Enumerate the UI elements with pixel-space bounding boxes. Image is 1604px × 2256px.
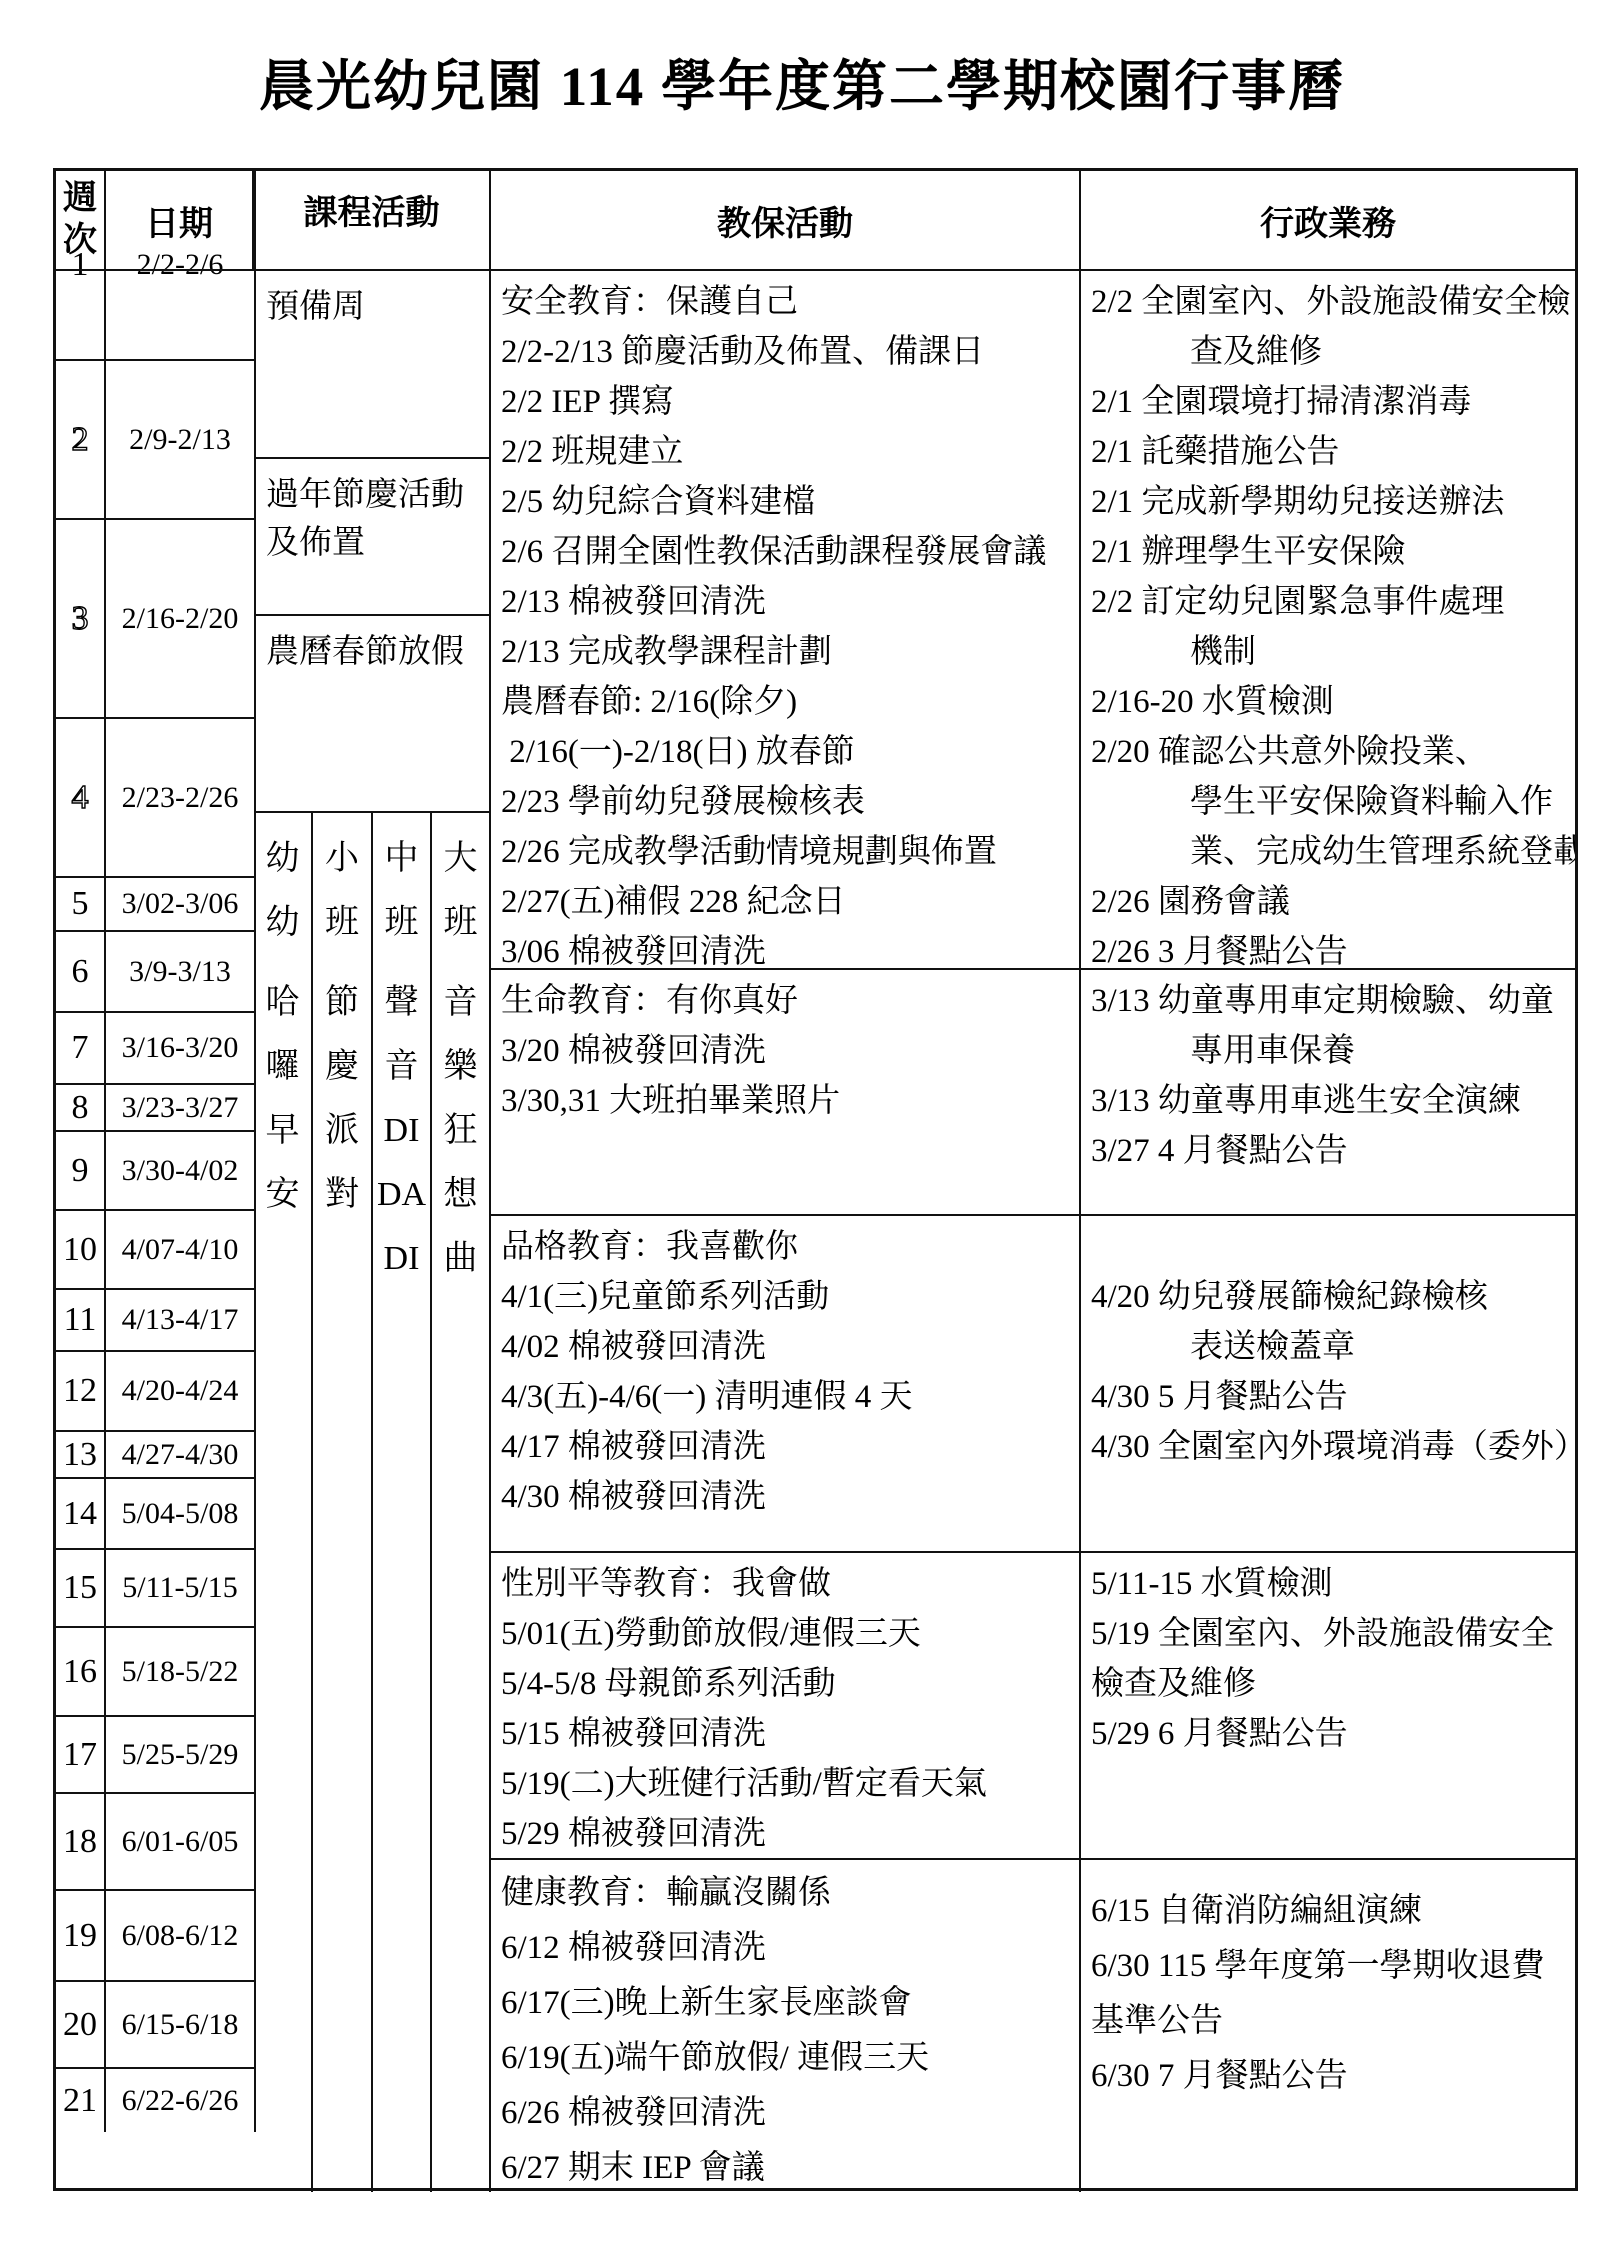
header-week: 週 次 [56,171,106,269]
table-row: 7 3/16-3/20 [56,1013,256,1085]
care-block-mar: 生命教育：有你真好 3/20 棉被發回清洗 3/30,31 大班拍畢業照片 [491,970,1081,1216]
week-date: 6/15-6/18 [106,1982,254,2067]
week-date: 3/30-4/02 [106,1132,254,1209]
table-row: 5 3/02-3/06 [56,878,256,932]
week-number: 12 [56,1352,106,1430]
week-date: 5/11-5/15 [106,1550,254,1626]
week-number: 9 [56,1132,106,1209]
week-date: 3/9-3/13 [106,932,254,1011]
calendar-table: 週 次 日期 課程活動 教保活動 行政業務 1 2/2-2/6 2 2/9-2/… [53,168,1578,2191]
table-row: 12 4/20-4/24 [56,1352,256,1432]
table-row: 16 5/18-5/22 [56,1628,256,1717]
week-number: 2 [56,361,106,518]
class-activity: 哈 囉 早 安 [266,971,300,1227]
week-number: 7 [56,1013,106,1083]
week-number: 3 [56,520,106,717]
week-number: 8 [56,1085,106,1130]
table-row: 9 3/30-4/02 [56,1132,256,1211]
week-date: 6/08-6/12 [106,1891,254,1980]
week-date: 4/20-4/24 [106,1352,254,1430]
curriculum-week3: 農曆春節放假 [254,616,491,813]
class-name: 小 班 [325,827,359,955]
week-date: 5/04-5/08 [106,1479,254,1548]
week-date: 3/16-3/20 [106,1013,254,1083]
table-header-row: 週 次 日期 課程活動 教保活動 行政業務 [56,171,1575,271]
admin-block-jun: 6/15 自衛消防編組演練 6/30 115 學年度第一學期收退費 基準公告 6… [1081,1860,1575,2192]
class-activity: 節 慶 派 對 [325,971,359,1227]
week-date: 6/01-6/05 [106,1794,254,1889]
class-name: 幼 幼 [266,827,300,955]
header-admin: 行政業務 [1081,171,1575,269]
week-date: 4/07-4/10 [106,1211,254,1288]
week-number: 21 [56,2069,106,2132]
table-row: 14 5/04-5/08 [56,1479,256,1550]
class-column-yoyo: 幼 幼 哈 囉 早 安 [254,813,313,2192]
week-number: 17 [56,1717,106,1792]
table-row: 8 3/23-3/27 [56,1085,256,1132]
table-row: 19 6/08-6/12 [56,1891,256,1982]
care-block-jun: 健康教育：輸贏沒關係 6/12 棉被發回清洗 6/17(三)晚上新生家長座談會 … [491,1860,1081,2192]
week-date: 6/22-6/26 [106,2069,254,2132]
week-number: 4 [56,719,106,876]
table-row: 2 2/9-2/13 [56,361,256,520]
class-column-middle: 中 班 聲 音 DI DA DI [373,813,432,2192]
page-title: 晨光幼兒園 114 學年度第二學期校園行事曆 [0,42,1604,121]
week-number: 5 [56,878,106,930]
week-number: 18 [56,1794,106,1889]
week-date: 5/25-5/29 [106,1717,254,1792]
class-column-big: 大 班 音 樂 狂 想 曲 [432,813,491,2192]
table-row: 17 5/25-5/29 [56,1717,256,1794]
table-row: 13 4/27-4/30 [56,1432,256,1479]
care-block-feb: 安全教育：保護自己 2/2-2/13 節慶活動及佈置、備課日 2/2 IEP 撰… [491,271,1081,970]
week-date: 2/23-2/26 [106,719,254,876]
week-date: 2/9-2/13 [106,361,254,518]
table-row: 11 4/13-4/17 [56,1290,256,1352]
week-number: 6 [56,932,106,1011]
care-block-may: 性別平等教育：我會做 5/01(五)勞動節放假/連假三天 5/4-5/8 母親節… [491,1553,1081,1860]
week-number: 19 [56,1891,106,1980]
week-date: 4/27-4/30 [106,1432,254,1477]
week-number: 13 [56,1432,106,1477]
table-row: 21 6/22-6/26 [56,2069,256,2132]
week-date: 5/18-5/22 [106,1628,254,1715]
admin-block-may: 5/11-15 水質檢測 5/19 全園室內、外設施設備安全 檢查及維修 5/2… [1081,1553,1575,1860]
curriculum-week2: 過年節慶活動及佈置 [254,459,491,616]
admin-block-apr: 4/20 幼兒發展篩檢紀錄檢核 表送檢蓋章 4/30 5 月餐點公告 4/30 … [1081,1216,1575,1553]
table-row: 15 5/11-5/15 [56,1550,256,1628]
week-number: 16 [56,1628,106,1715]
header-curriculum: 課程活動 [254,171,491,269]
table-row: 6 3/9-3/13 [56,932,256,1013]
header-care: 教保活動 [491,171,1081,269]
week-date: 4/13-4/17 [106,1290,254,1350]
week-date: 2/16-2/20 [106,520,254,717]
calendar-document: 晨光幼兒園 114 學年度第二學期校園行事曆 週 次 日期 課程活動 教保活動 … [0,0,1604,2256]
table-row: 10 4/07-4/10 [56,1211,256,1290]
week-number: 20 [56,1982,106,2067]
week-number: 11 [56,1290,106,1350]
admin-block-feb: 2/2 全園室內、外設施設備安全檢 查及維修 2/1 全園環境打掃清潔消毒 2/… [1081,271,1575,970]
class-column-small: 小 班 節 慶 派 對 [313,813,373,2192]
class-name: 中 班 [385,827,419,955]
class-name: 大 班 [444,827,478,955]
class-activity: 聲 音 DI DA DI [377,971,426,1291]
week-date: 3/02-3/06 [106,878,254,930]
header-date: 日期 [106,171,254,269]
table-row: 18 6/01-6/05 [56,1794,256,1891]
class-activity: 音 樂 狂 想 曲 [444,971,478,1291]
table-row: 3 2/16-2/20 [56,520,256,719]
week-date: 3/23-3/27 [106,1085,254,1130]
table-row: 4 2/23-2/26 [56,719,256,878]
care-block-apr: 品格教育：我喜歡你 4/1(三)兒童節系列活動 4/02 棉被發回清洗 4/3(… [491,1216,1081,1553]
week-number: 10 [56,1211,106,1288]
admin-block-mar: 3/13 幼童專用車定期檢驗、幼童 專用車保養 3/13 幼童專用車逃生安全演練… [1081,970,1575,1216]
week-number: 14 [56,1479,106,1548]
curriculum-week1: 預備周 [254,271,491,459]
table-row: 20 6/15-6/18 [56,1982,256,2069]
week-number: 15 [56,1550,106,1626]
